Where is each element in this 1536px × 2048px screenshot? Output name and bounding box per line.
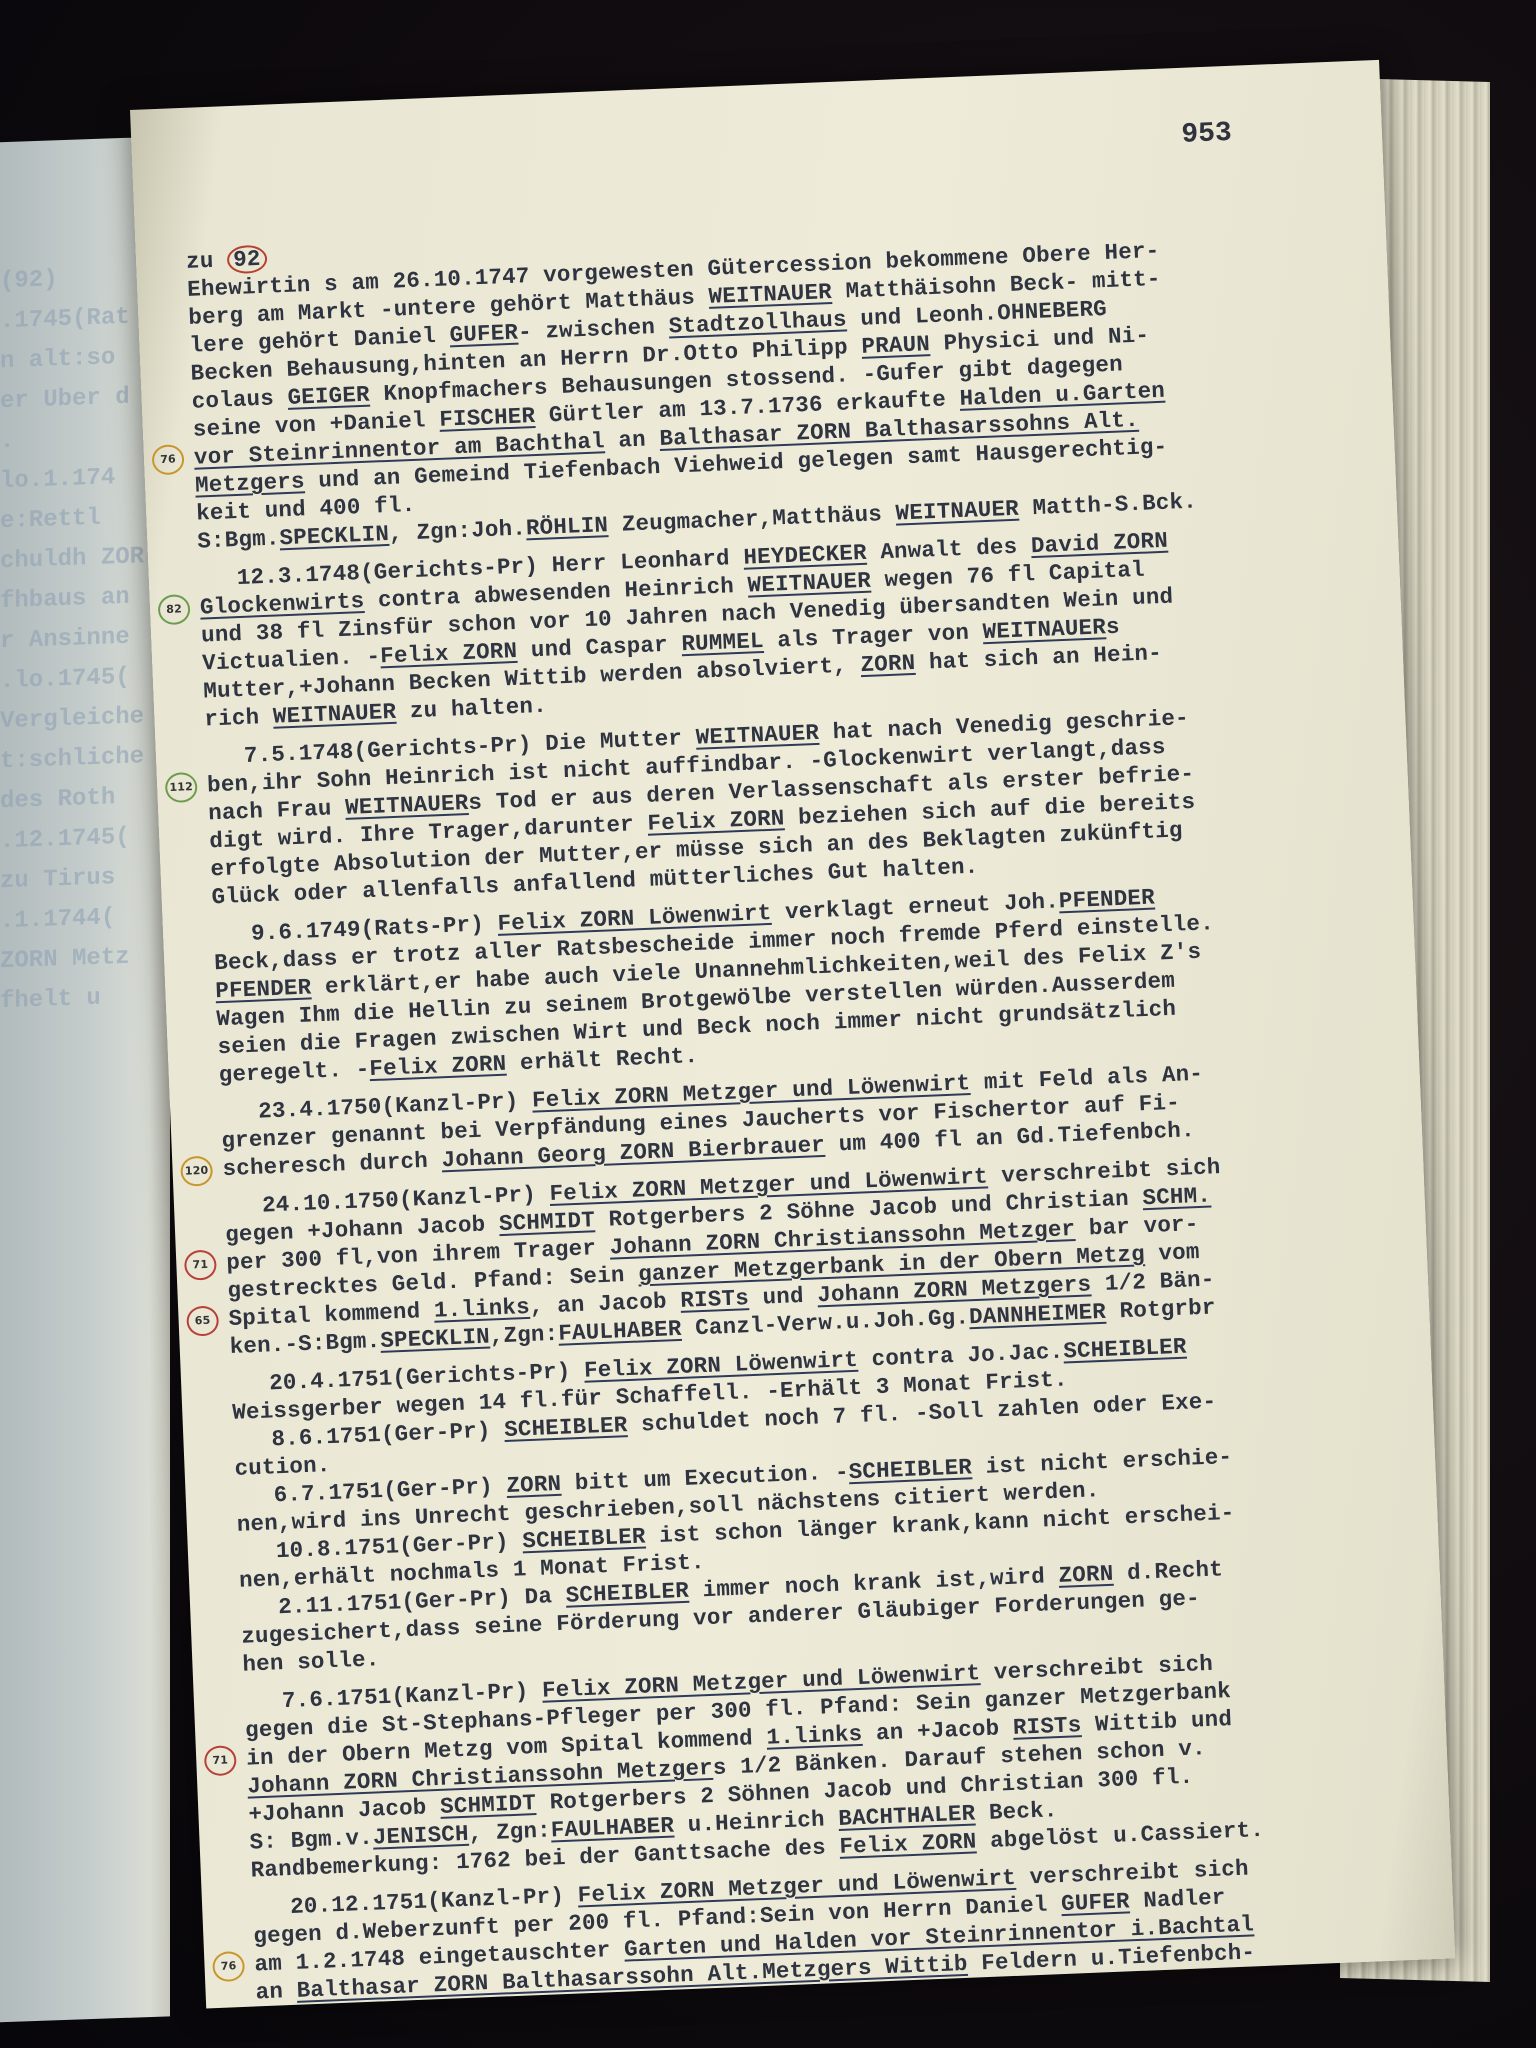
margin-note-circle: 112 (165, 772, 198, 803)
underlined-term: Felix ZORN (839, 1828, 977, 1859)
margin-note-circle: 71 (184, 1249, 217, 1280)
underlined-term: WEITNAUER (747, 568, 871, 599)
underlined-term: DANNHEIMER (969, 1299, 1107, 1330)
underlined-term: FAULHABER (550, 1813, 674, 1844)
underlined-term: SCHEIBLER (1063, 1334, 1187, 1365)
underlined-term: SPECKLIN (380, 1324, 491, 1354)
page-number: 953 (1181, 118, 1233, 151)
margin-note-circle: 82 (157, 594, 190, 625)
underlined-term: RISTs (680, 1285, 750, 1314)
entry: 7.5.1748(Gerichts-Pr) Die Mutter WEITNAU… (205, 697, 1361, 911)
underlined-term: SCHMIDT (499, 1207, 596, 1237)
underlined-term: ZORN (860, 650, 916, 678)
reference-circle: 92 (227, 245, 267, 275)
underlined-term: WEITNAUER (895, 496, 1019, 527)
underlined-term: WEITNAUER (345, 790, 469, 821)
underlined-term: WEITNAUER (695, 720, 819, 751)
underlined-term: PFENDER (215, 974, 312, 1004)
entry: 12.3.1748(Gerichts-Pr) Herr Leonhard HEY… (198, 519, 1354, 733)
underlined-term: SCHEIBLER (522, 1523, 646, 1554)
underlined-term: RISTs (1012, 1712, 1082, 1741)
margin-note-circle: 65 (186, 1305, 219, 1336)
underlined-term: Felix ZORN (369, 1051, 507, 1082)
entry: 7.6.1751(Kanzl-Pr) Felix ZORN Metzger un… (243, 1643, 1400, 1885)
underlined-term: FISCHER (439, 403, 536, 433)
margin-note-circle: 76 (212, 1951, 245, 1982)
underlined-term: GUFER (449, 320, 519, 349)
underlined-term: FAULHABER (558, 1316, 682, 1347)
underlined-term: SCHEIBLER (565, 1578, 689, 1609)
underlined-term: 1.links (433, 1294, 530, 1324)
underlined-term: Felix ZORN (647, 805, 785, 836)
underlined-term: BACHTHALER (838, 1800, 976, 1831)
underlined-term: WEITNAUER (982, 614, 1106, 645)
entry: 24.10.1750(Kanzl-Pr) Felix ZORN Metzger … (224, 1147, 1380, 1361)
underlined-term: SCHEIBLER (848, 1454, 972, 1485)
underlined-term: GEIGER (287, 382, 370, 411)
underlined-term: HEYDECKER (743, 540, 867, 571)
margin-note-circle: 71 (204, 1745, 237, 1776)
margin-note-circle: 76 (151, 444, 184, 475)
underlined-term: SCHEIBLER (504, 1412, 628, 1443)
margin-note-circle: 120 (180, 1156, 213, 1187)
underlined-term: WEITNAUER (708, 279, 832, 310)
underlined-term: David ZORN (1030, 528, 1168, 559)
underlined-term: SCHM. (1142, 1183, 1212, 1212)
entry: 20.4.1751(Gerichts-Pr) Felix ZORN Löwenw… (231, 1325, 1392, 1679)
underlined-term: PFENDER (1058, 885, 1155, 915)
underlined-term: ZORN (1058, 1561, 1114, 1589)
underlined-term: RUMMEL (681, 628, 764, 657)
underlined-term: PRAUN (861, 331, 931, 360)
underlined-term: SCHMIDT (440, 1790, 537, 1820)
underlined-term: Metzgers (195, 468, 306, 498)
underlined-term: ZORN (506, 1471, 562, 1499)
underlined-term: JENISCH (372, 1821, 469, 1851)
right-page: 953 zu 92Ehewirtin s am 26.10.1747 vorge… (130, 60, 1455, 2009)
underlined-term: WEITNAUER (272, 699, 396, 730)
entry: 9.6.1749(Rats-Pr) Felix ZORN Löwenwirt v… (213, 875, 1369, 1089)
underlined-term: GUFER (1061, 1888, 1131, 1917)
typed-text-body: zu 92Ehewirtin s am 26.10.1747 vorgewest… (186, 202, 1406, 2017)
entry: zu 92Ehewirtin s am 26.10.1747 vorgewest… (186, 202, 1347, 556)
underlined-term: 1.links (766, 1721, 863, 1751)
underlined-term: SPECKLIN (279, 521, 390, 551)
underlined-term: RÖHLIN (525, 512, 608, 541)
underlined-term: Felix ZORN (380, 638, 518, 669)
